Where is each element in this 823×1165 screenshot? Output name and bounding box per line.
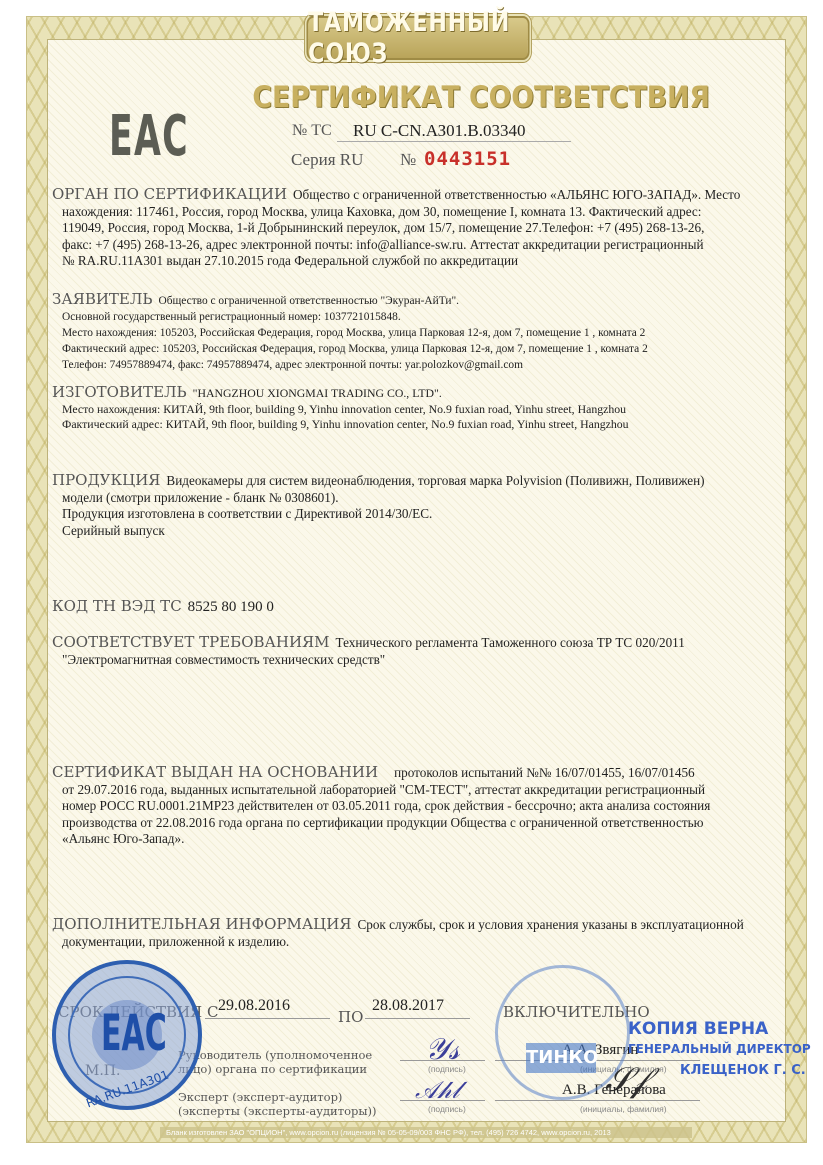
section-heading: ПРОДУКЦИЯ	[52, 471, 160, 489]
date-to-underline	[365, 1018, 470, 1019]
head-label: Руководитель (уполномоченное лицо) орган…	[178, 1048, 372, 1076]
customs-union-banner: ТАМОЖЕННЫЙ СОЮЗ	[306, 16, 529, 60]
section-certification-body: ОРГАН ПО СЕРТИФИКАЦИИОбщество с ограниче…	[52, 186, 762, 270]
tc-label: № ТС	[292, 122, 332, 140]
section-heading: ИЗГОТОВИТЕЛЬ	[52, 383, 187, 401]
section-requirements: СООТВЕТСТВУЕТ ТРЕБОВАНИЯМТехнического ре…	[52, 634, 762, 668]
expert-name-line	[495, 1100, 700, 1101]
certificate-title: СЕРТИФИКАТ СООТВЕТСТВИЯ	[252, 80, 583, 114]
section-hs-code: КОД ТН ВЭД ТС8525 80 190 0	[52, 598, 762, 616]
eac-logo-icon: ЕАС	[109, 104, 189, 169]
expert-signature: 𝒜𝒽𝓁	[415, 1076, 459, 1104]
copy-director-title: ГЕНЕРАЛЬНЫЙ ДИРЕКТОР	[628, 1042, 811, 1056]
date-from-underline	[205, 1018, 330, 1019]
serial-number: 0443151	[424, 148, 511, 170]
validity-to-label: ПО	[338, 1008, 363, 1026]
section-heading: СЕРТИФИКАТ ВЫДАН НА ОСНОВАНИИ	[52, 763, 378, 781]
copy-director-name: КЛЕЩЕНОК Г. С.	[680, 1063, 806, 1078]
section-heading: КОД ТН ВЭД ТС	[52, 597, 182, 615]
eac-seal-icon: ЕАС	[101, 1004, 167, 1062]
section-applicant: ЗАЯВИТЕЛЬОбщество с ограниченной ответст…	[52, 291, 762, 373]
section-additional-info: ДОПОЛНИТЕЛЬНАЯ ИНФОРМАЦИЯСрок службы, ср…	[52, 916, 762, 950]
section-manufacturer: ИЗГОТОВИТЕЛЬ"HANGZHOU XIONGMAI TRADING C…	[52, 385, 762, 433]
section-issued-basis: СЕРТИФИКАТ ВЫДАН НА ОСНОВАНИИпротоколов …	[52, 764, 762, 848]
expert-signature-caption: (подпись)	[428, 1104, 466, 1114]
form-printer-footer: Бланк изготовлен ЗАО "ОПЦИОН", www.opcio…	[160, 1127, 692, 1138]
validity-date-from: 29.08.2016	[218, 997, 290, 1015]
series-label: Серия RU	[291, 150, 363, 170]
validity-date-to: 28.08.2017	[372, 997, 444, 1015]
expert-name-caption: (инициалы, фамилия)	[580, 1104, 667, 1114]
number-label: №	[400, 150, 416, 170]
section-heading: ДОПОЛНИТЕЛЬНАЯ ИНФОРМАЦИЯ	[52, 915, 351, 933]
section-heading: ЗАЯВИТЕЛЬ	[52, 290, 153, 308]
copy-certified-stamp: КОПИЯ ВЕРНА	[628, 1019, 768, 1039]
tinko-logo: ТИНКО	[526, 1043, 596, 1073]
section-heading: ОРГАН ПО СЕРТИФИКАЦИИ	[52, 185, 287, 203]
head-signature: 𝒴𝓈	[425, 1032, 460, 1067]
director-signature: 𝒮𝒻	[605, 1060, 646, 1100]
section-product: ПРОДУКЦИЯВидеокамеры для систем видеонаб…	[52, 472, 762, 539]
hs-code-value: 8525 80 190 0	[188, 599, 274, 615]
section-heading: СООТВЕТСТВУЕТ ТРЕБОВАНИЯМ	[52, 633, 330, 651]
tc-number: RU C-CN.АЗ01.В.03340	[337, 121, 571, 142]
certification-body-seal: ЕАС RA.RU.11А301	[52, 960, 202, 1110]
expert-label: Эксперт (эксперт-аудитор) (эксперты (экс…	[178, 1090, 377, 1118]
